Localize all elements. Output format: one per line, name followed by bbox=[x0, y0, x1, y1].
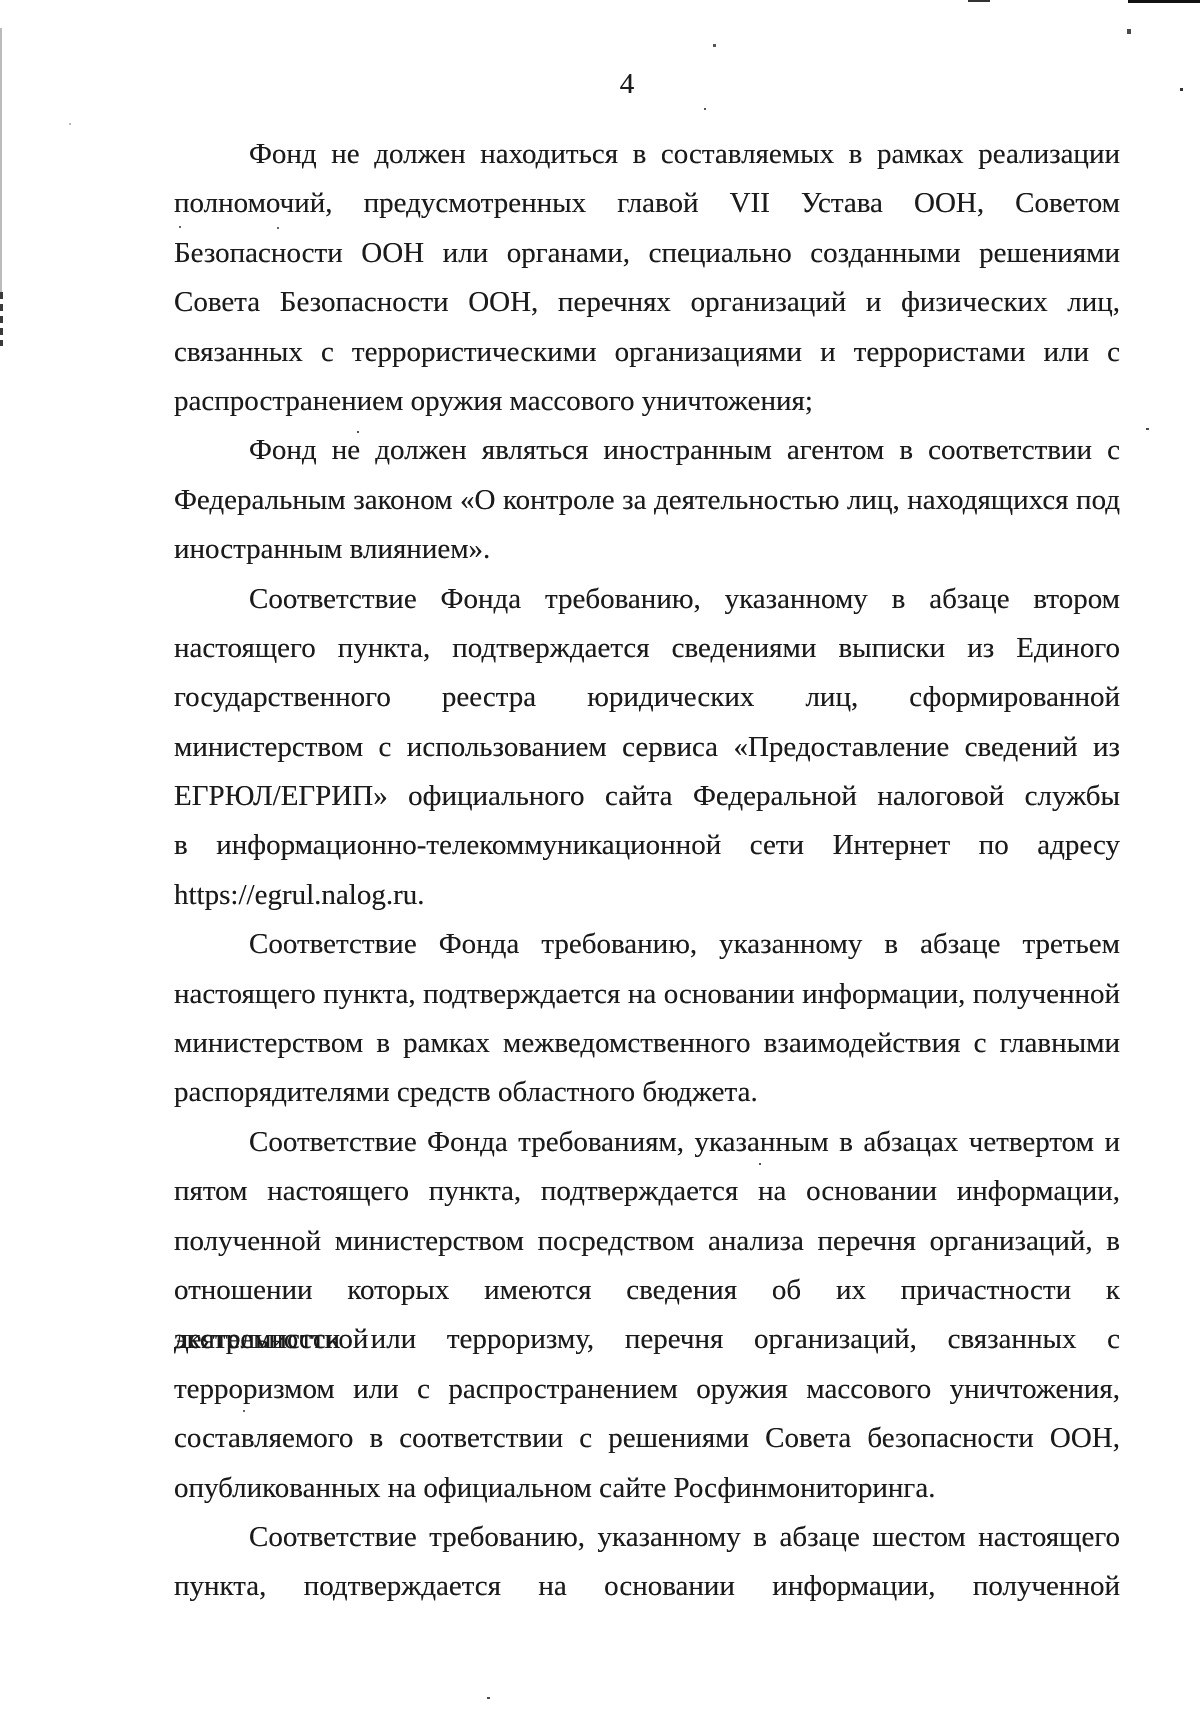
text-line: полномочий, предусмотренных главой VII У… bbox=[174, 179, 1120, 228]
text-line: Фонд не должен находиться в составляемых… bbox=[174, 130, 1120, 179]
scan-speck bbox=[1146, 428, 1149, 430]
text-line: Безопасности ООН или органами, специальн… bbox=[174, 229, 1120, 278]
text-line: распорядителями средств областного бюдже… bbox=[174, 1068, 1120, 1117]
text-line: Соответствие Фонда требованию, указанном… bbox=[174, 575, 1120, 624]
text-line: иностранным влиянием». bbox=[174, 525, 1120, 574]
text-line: отношении которых имеются сведения об их… bbox=[174, 1266, 1120, 1315]
text-line: Совета Безопасности ООН, перечнях органи… bbox=[174, 278, 1120, 327]
text-line: деятельности или терроризму, перечня орг… bbox=[174, 1315, 1120, 1364]
text-line: распространением оружия массового уничто… bbox=[174, 377, 1120, 426]
scan-speck bbox=[1128, 0, 1200, 3]
text-line: государственного реестра юридических лиц… bbox=[174, 673, 1120, 722]
text-line: пункта, подтверждается на основании инфо… bbox=[174, 1562, 1120, 1611]
scan-speck bbox=[277, 227, 279, 229]
scan-speck bbox=[179, 226, 181, 228]
text-line: полученной министерством посредством ана… bbox=[174, 1217, 1120, 1266]
text-line: составляемого в соответствии с решениями… bbox=[174, 1414, 1120, 1463]
text-line: министерством с использованием сервиса «… bbox=[174, 723, 1120, 772]
text-line: Федеральным законом «О контроле за деяте… bbox=[174, 476, 1120, 525]
text-line: Соответствие Фонда требованиям, указанны… bbox=[174, 1118, 1120, 1167]
text-line: Соответствие требованию, указанному в аб… bbox=[174, 1513, 1120, 1562]
scan-speck bbox=[487, 1697, 490, 1699]
scan-speck bbox=[1180, 88, 1183, 91]
scan-speck bbox=[968, 0, 990, 2]
scan-speck bbox=[759, 1163, 761, 1165]
text-line: министерством в рамках межведомственного… bbox=[174, 1019, 1120, 1068]
text-line: пятом настоящего пункта, подтверждается … bbox=[174, 1167, 1120, 1216]
document-page: 4 Фонд не должен находиться в составляем… bbox=[0, 0, 1200, 1712]
scanner-edge-dashes-artifact bbox=[0, 292, 3, 346]
text-line: опубликованных на официальном сайте Росф… bbox=[174, 1464, 1120, 1513]
text-line: Соответствие Фонда требованию, указанном… bbox=[174, 920, 1120, 969]
scanner-edge-artifact bbox=[0, 28, 2, 294]
text-block: Фонд не должен находиться в составляемых… bbox=[174, 130, 1120, 1612]
scan-speck bbox=[713, 44, 716, 47]
scan-speck bbox=[69, 123, 71, 125]
text-line: настоящего пункта, подтверждается на осн… bbox=[174, 970, 1120, 1019]
text-line: https://egrul.nalog.ru. bbox=[174, 871, 1120, 920]
text-line: Фонд не должен являться иностранным аген… bbox=[174, 426, 1120, 475]
scan-speck bbox=[1127, 29, 1131, 34]
text-line: связанных с террористическими организаци… bbox=[174, 328, 1120, 377]
scan-speck bbox=[357, 431, 359, 433]
text-line: терроризмом или с распространением оружи… bbox=[174, 1365, 1120, 1414]
text-line: в информационно-телекоммуникационной сет… bbox=[174, 821, 1120, 870]
scan-speck bbox=[243, 1410, 245, 1412]
scan-speck bbox=[704, 108, 706, 110]
text-line: настоящего пункта, подтверждается сведен… bbox=[174, 624, 1120, 673]
page-number: 4 bbox=[174, 60, 1080, 109]
text-line: ЕГРЮЛ/ЕГРИП» официального сайта Федераль… bbox=[174, 772, 1120, 821]
